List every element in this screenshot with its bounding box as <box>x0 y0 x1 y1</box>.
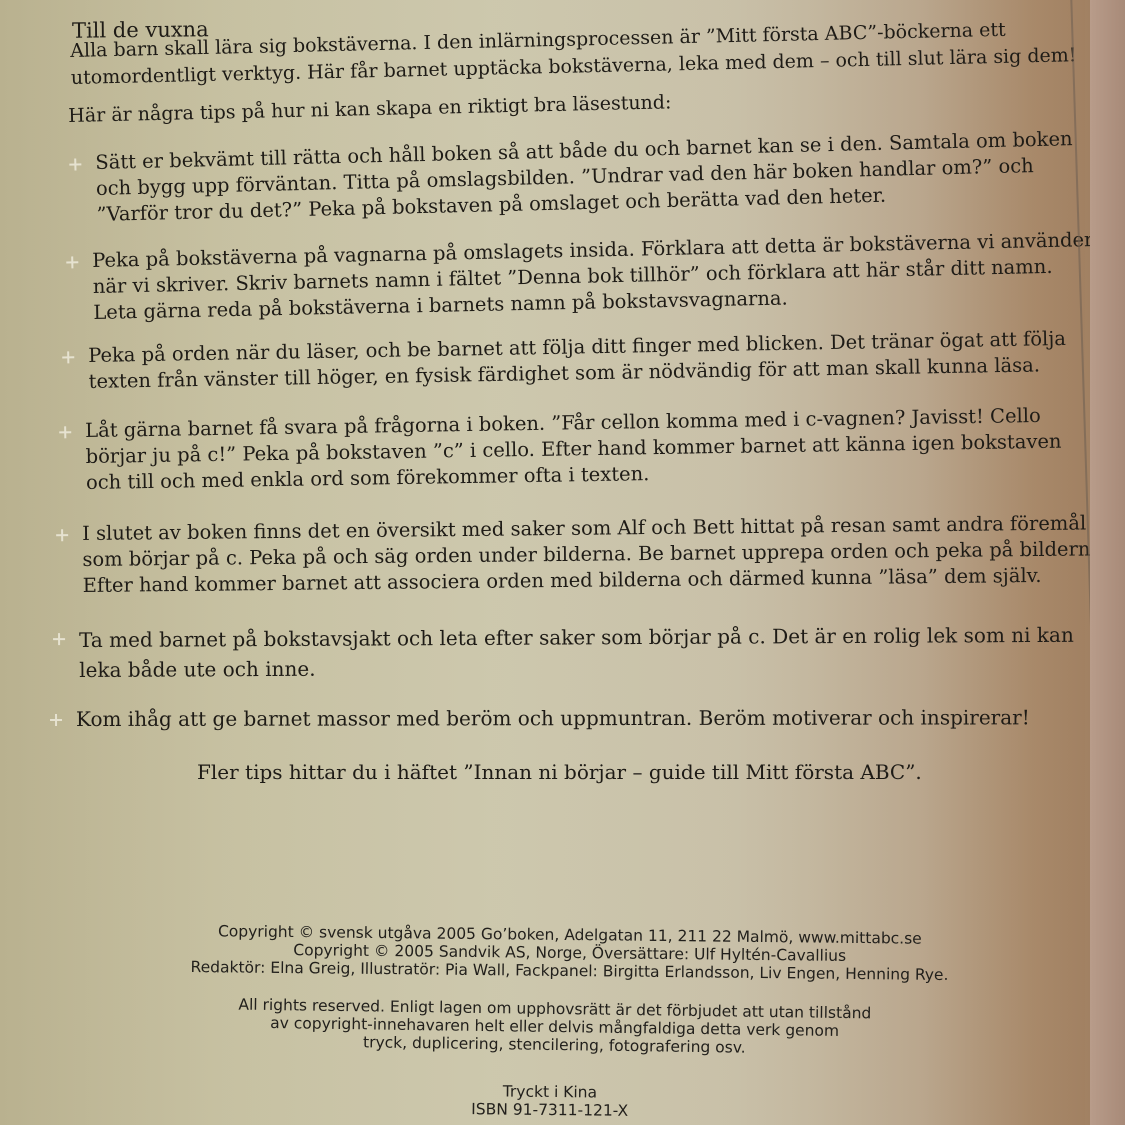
tip-line: Kom ihåg att ge barnet massor med beröm … <box>76 704 1051 732</box>
tips-lead: Här är några tips på hur ni kan skapa en… <box>68 87 768 130</box>
cross-ornament-icon <box>62 351 74 363</box>
book-page: Till de vuxna Alla barn skall lära sig b… <box>0 0 1085 1125</box>
tip-item: Kom ihåg att ge barnet massor med beröm … <box>76 704 1051 732</box>
tip-item: Ta med barnet på bokstavsjakt och leta e… <box>79 620 1054 685</box>
imprint-credits: Copyright © svensk utgåva 2005 Go’boken,… <box>139 921 1000 984</box>
imprint-print-info: Tryckt i Kina ISBN 91-7311-121-X <box>130 1079 970 1124</box>
intro-paragraph: Alla barn skall lära sig bokstäverna. I … <box>70 16 1031 92</box>
cross-ornament-icon <box>50 714 62 726</box>
more-tips-note: Fler tips hittar du i häftet ”Innan ni b… <box>197 760 922 784</box>
tip-item: Låt gärna barnet få svara på frågorna i … <box>85 403 1046 496</box>
tip-item: Sätt er bekvämt till rätta och håll boke… <box>95 127 1027 228</box>
cross-ornament-icon <box>53 633 65 645</box>
cross-ornament-icon <box>66 256 78 268</box>
cross-ornament-icon <box>69 158 81 170</box>
cross-ornament-icon <box>59 426 71 438</box>
imprint-rights: All rights reserved. Enligt lagen om upp… <box>119 994 990 1060</box>
cross-ornament-icon <box>56 529 68 541</box>
tip-item: I slutet av boken finns det en översikt … <box>82 511 1058 599</box>
tip-line: Ta med barnet på bokstavsjakt och leta e… <box>79 620 1054 655</box>
background-surface <box>1090 0 1125 1125</box>
tip-line: leka både ute och inne. <box>79 650 1054 685</box>
tip-item: Peka på orden när du läser, och be barne… <box>88 326 1039 395</box>
tip-item: Peka på bokstäverna på vagnarna på omsla… <box>92 228 1038 326</box>
